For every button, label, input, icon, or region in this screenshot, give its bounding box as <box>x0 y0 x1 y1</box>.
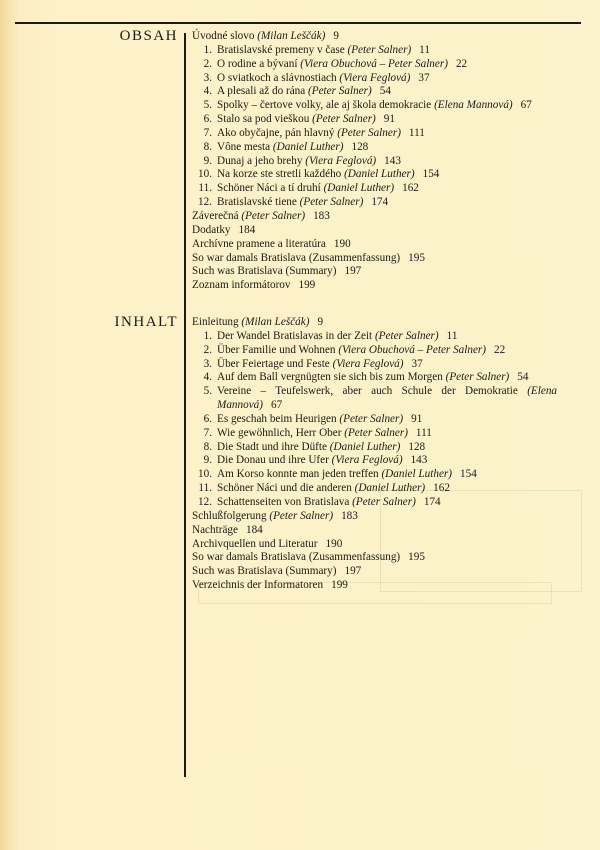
toc-entry: 8.Die Stadt und ihre Düfte (Daniel Luthe… <box>192 441 557 455</box>
toc-entry: 9.Dunaj a jeho brehy (Viera Feglová)143 <box>192 155 557 169</box>
toc-entry: 2.O rodine a bývaní (Viera Obuchová – Pe… <box>192 58 557 72</box>
chapter-author: (Viera Feglová) <box>333 358 404 370</box>
toc-entry: Nachträge184 <box>192 524 557 538</box>
toc-entry: 4.Auf dem Ball vergnügten sie sich bis z… <box>192 371 557 385</box>
chapter-author: (Viera Feglová) <box>305 155 376 167</box>
section-label-obsah: OBSAH <box>120 28 178 45</box>
chapter-number: 1. <box>192 330 212 344</box>
toc-entry: 1.Der Wandel Bratislavas in der Zeit (Pe… <box>192 330 557 344</box>
chapter-author: (Daniel Luther) <box>273 141 344 153</box>
toc-entry: 7.Ako obyčajne, pán hlavný (Peter Salner… <box>192 127 557 141</box>
toc-entry: So war damals Bratislava (Zusammenfassun… <box>192 252 557 266</box>
chapter-author: (Peter Salner) <box>375 330 439 342</box>
page-number: 54 <box>517 371 528 383</box>
chapter-title: Zoznam informátorov <box>192 279 290 291</box>
chapter-title: Such was Bratislava (Summary) <box>192 565 336 577</box>
chapter-number: 11. <box>192 182 212 196</box>
chapter-author: (Daniel Luther) <box>324 182 395 194</box>
chapter-number: 7. <box>192 127 212 141</box>
toc-entry: Such was Bratislava (Summary)197 <box>192 565 557 579</box>
page-number: 11 <box>419 44 430 56</box>
toc-entry: 12.Bratislavské tiene (Peter Salner)174 <box>192 196 557 210</box>
toc-entry: 3.O sviatkoch a slávnostiach (Viera Fegl… <box>192 72 557 86</box>
page-number: 22 <box>456 58 467 70</box>
chapter-title: Einleitung <box>192 316 239 328</box>
toc-entry: 6.Es geschah beim Heurigen (Peter Salner… <box>192 413 557 427</box>
chapter-number: 2. <box>192 344 212 358</box>
chapter-number: 1. <box>192 44 212 58</box>
chapter-author: (Peter Salner) <box>347 44 411 56</box>
chapter-number: 7. <box>192 427 212 441</box>
chapter-author: (Daniel Luther) <box>330 441 401 453</box>
toc-entry: 11.Schöner Náci und die anderen (Daniel … <box>192 482 557 496</box>
chapter-title: Wie gewöhnlich, Herr Ober <box>217 427 341 439</box>
toc-entry: 7.Wie gewöhnlich, Herr Ober (Peter Salne… <box>192 427 557 441</box>
page-number: 199 <box>331 579 348 591</box>
chapter-author: (Milan Leščák) <box>241 316 309 328</box>
chapter-title: O sviatkoch a slávnostiach <box>217 72 337 84</box>
page-number: 184 <box>246 524 263 536</box>
chapter-title: So war damals Bratislava (Zusammenfassun… <box>192 252 400 264</box>
toc-entry: Verzeichnis der Informatoren199 <box>192 579 557 593</box>
page-number: 91 <box>384 113 395 125</box>
toc-entry: 2.Über Familie und Wohnen (Viera Obuchov… <box>192 344 557 358</box>
chapter-number: 6. <box>192 113 212 127</box>
toc-entry: So war damals Bratislava (Zusammenfassun… <box>192 551 557 565</box>
toc-inhalt: Einleitung (Milan Leščák)91.Der Wandel B… <box>192 316 557 593</box>
chapter-title: Dunaj a jeho brehy <box>217 155 302 167</box>
chapter-title: Über Feiertage und Feste <box>217 358 330 370</box>
chapter-number: 2. <box>192 58 212 72</box>
page-number: 195 <box>408 252 425 264</box>
chapter-author: (Peter Salner) <box>308 85 372 97</box>
chapter-author: (Peter Salner) <box>241 210 305 222</box>
toc-entry: Einleitung (Milan Leščák)9 <box>192 316 557 330</box>
toc-entry: 9.Die Donau und ihre Ufer (Viera Feglová… <box>192 454 557 468</box>
chapter-title: Záverečná <box>192 210 239 222</box>
toc-entry: 10.Na korze ste stretli každého (Daniel … <box>192 168 557 182</box>
chapter-title: Es geschah beim Heurigen <box>217 413 337 425</box>
chapter-title: Úvodné slovo <box>192 30 254 42</box>
toc-entry: Archívne pramene a literatúra190 <box>192 238 557 252</box>
toc-entry: 3.Über Feiertage und Feste (Viera Feglov… <box>192 358 557 372</box>
chapter-title: Am Korso konnte man jeden treffen <box>217 468 379 480</box>
chapter-title: O rodine a bývaní <box>217 58 297 70</box>
chapter-author: (Elena <box>527 385 557 397</box>
chapter-author: (Peter Salner) <box>352 496 416 508</box>
chapter-number: 8. <box>192 141 212 155</box>
chapter-title: Spolky – čertove volky, ale aj škola dem… <box>217 99 431 111</box>
page-number: 174 <box>371 196 388 208</box>
chapter-author: (Daniel Luther) <box>344 168 415 180</box>
page-number: 128 <box>408 441 425 453</box>
chapter-title: A plesali až do rána <box>217 85 305 97</box>
chapter-author: (Viera Obuchová – Peter Salner) <box>338 344 486 356</box>
page-number: 22 <box>494 344 505 356</box>
chapter-author: (Peter Salner) <box>344 427 408 439</box>
page-number: 197 <box>344 265 361 277</box>
toc-entry: Úvodné slovo (Milan Leščák)9 <box>192 30 557 44</box>
page-number: 111 <box>409 127 425 139</box>
chapter-number: 8. <box>192 441 212 455</box>
chapter-title: Archívne pramene a literatúra <box>192 238 326 250</box>
chapter-number: 9. <box>192 454 212 468</box>
chapter-author: (Peter Salner) <box>339 413 403 425</box>
chapter-title: Die Donau und ihre Ufer <box>217 454 329 466</box>
page-number: 184 <box>239 224 256 236</box>
page-number: 154 <box>460 468 477 480</box>
chapter-author: (Daniel Luther) <box>355 482 426 494</box>
column-divider <box>184 33 186 777</box>
chapter-title: Na korze ste stretli každého <box>217 168 341 180</box>
chapter-number: 10. <box>192 468 212 482</box>
page-number: 195 <box>408 551 425 563</box>
toc-obsah: Úvodné slovo (Milan Leščák)91.Bratislavs… <box>192 30 557 293</box>
page-number: 11 <box>447 330 458 342</box>
toc-entry: Such was Bratislava (Summary)197 <box>192 265 557 279</box>
chapter-title: Vereine – Teufelswerk, aber auch Schule … <box>217 385 518 397</box>
chapter-author: (Peter Salner) <box>269 510 333 522</box>
top-rule <box>15 22 581 24</box>
page-number: 9 <box>317 316 323 328</box>
chapter-title: Der Wandel Bratislavas in der Zeit <box>217 330 372 342</box>
page-number: 37 <box>412 358 423 370</box>
page-number: 37 <box>418 72 429 84</box>
chapter-title: Über Familie und Wohnen <box>217 344 336 356</box>
page-number: 67 <box>521 99 532 111</box>
chapter-number: 5. <box>192 99 212 113</box>
section-label-inhalt: INHALT <box>115 314 178 331</box>
chapter-author: (Milan Leščák) <box>257 30 325 42</box>
chapter-title: Stalo sa pod vieškou <box>217 113 309 125</box>
page-number: 9 <box>333 30 339 42</box>
chapter-number: 10. <box>192 168 212 182</box>
chapter-title: Schlußfolgerung <box>192 510 267 522</box>
chapter-number: 6. <box>192 413 212 427</box>
chapter-number: 11. <box>192 482 212 496</box>
toc-entry: 10.Am Korso konnte man jeden treffen (Da… <box>192 468 557 482</box>
toc-entry: 12.Schattenseiten von Bratislava (Peter … <box>192 496 557 510</box>
chapter-title: Schöner Náci a tí druhí <box>217 182 321 194</box>
chapter-author: (Peter Salner) <box>300 196 364 208</box>
toc-entry: Schlußfolgerung (Peter Salner)183 <box>192 510 557 524</box>
chapter-number: 5. <box>192 385 212 399</box>
chapter-number: 4. <box>192 371 212 385</box>
chapter-title: Schöner Náci und die anderen <box>217 482 352 494</box>
chapter-title: Bratislavské premeny v čase <box>217 44 345 56</box>
chapter-author: (Daniel Luther) <box>381 468 452 480</box>
chapter-title: Such was Bratislava (Summary) <box>192 265 336 277</box>
chapter-title: Archivquellen und Literatur <box>192 538 318 550</box>
toc-entry: 5.Spolky – čertove volky, ale aj škola d… <box>192 99 557 113</box>
page-number: 54 <box>380 85 391 97</box>
page-number: 174 <box>424 496 441 508</box>
page-number: 128 <box>351 141 368 153</box>
chapter-author: (Elena Mannová) <box>434 99 513 111</box>
page-number: 190 <box>334 238 351 250</box>
page-number: 143 <box>411 454 428 466</box>
book-page: OBSAH Úvodné slovo (Milan Leščák)91.Brat… <box>0 0 600 850</box>
page-number: 67 <box>271 399 282 411</box>
toc-entry: 4.A plesali až do rána (Peter Salner)54 <box>192 85 557 99</box>
toc-entry-line: Vereine – Teufelswerk, aber auch Schule … <box>217 385 557 399</box>
chapter-number: 12. <box>192 196 212 210</box>
chapter-author: (Viera Feglová) <box>339 72 410 84</box>
toc-entry: 5.Vereine – Teufelswerk, aber auch Schul… <box>192 385 557 399</box>
toc-entry-continuation: Mannová)67 <box>192 399 557 413</box>
toc-entry: Dodatky184 <box>192 224 557 238</box>
page-number: 143 <box>384 155 401 167</box>
chapter-title: Bratislavské tiene <box>217 196 297 208</box>
page-number: 162 <box>402 182 419 194</box>
page-number: 183 <box>341 510 358 522</box>
chapter-author: (Viera Feglová) <box>332 454 403 466</box>
chapter-title: Verzeichnis der Informatoren <box>192 579 323 591</box>
page-number: 111 <box>416 427 432 439</box>
chapter-title: Ako obyčajne, pán hlavný <box>217 127 334 139</box>
page-number: 190 <box>326 538 343 550</box>
toc-entry: Záverečná (Peter Salner)183 <box>192 210 557 224</box>
page-number: 199 <box>298 279 315 291</box>
toc-entry: 6.Stalo sa pod vieškou (Peter Salner)91 <box>192 113 557 127</box>
chapter-title: Die Stadt und ihre Düfte <box>217 441 327 453</box>
chapter-author: Mannová) <box>217 399 263 411</box>
chapter-title: Dodatky <box>192 224 231 236</box>
chapter-author: (Peter Salner) <box>446 371 510 383</box>
chapter-title: Vône mesta <box>217 141 270 153</box>
chapter-author: (Viera Obuchová – Peter Salner) <box>300 58 448 70</box>
chapter-author: (Peter Salner) <box>312 113 376 125</box>
toc-entry: Zoznam informátorov199 <box>192 279 557 293</box>
chapter-author: (Peter Salner) <box>337 127 401 139</box>
page-number: 183 <box>313 210 330 222</box>
page-number: 154 <box>423 168 440 180</box>
page-number: 162 <box>433 482 450 494</box>
chapter-number: 4. <box>192 85 212 99</box>
page-number: 197 <box>344 565 361 577</box>
chapter-title: So war damals Bratislava (Zusammenfassun… <box>192 551 400 563</box>
page-number: 91 <box>411 413 422 425</box>
chapter-number: 3. <box>192 358 212 372</box>
chapter-title: Nachträge <box>192 524 238 536</box>
toc-entry: 1.Bratislavské premeny v čase (Peter Sal… <box>192 44 557 58</box>
chapter-number: 12. <box>192 496 212 510</box>
chapter-number: 3. <box>192 72 212 86</box>
chapter-number: 9. <box>192 155 212 169</box>
toc-entry: Archivquellen und Literatur190 <box>192 538 557 552</box>
toc-entry: 8.Vône mesta (Daniel Luther)128 <box>192 141 557 155</box>
chapter-title: Schattenseiten von Bratislava <box>217 496 349 508</box>
chapter-title: Auf dem Ball vergnügten sie sich bis zum… <box>217 371 443 383</box>
toc-entry: 11.Schöner Náci a tí druhí (Daniel Luthe… <box>192 182 557 196</box>
